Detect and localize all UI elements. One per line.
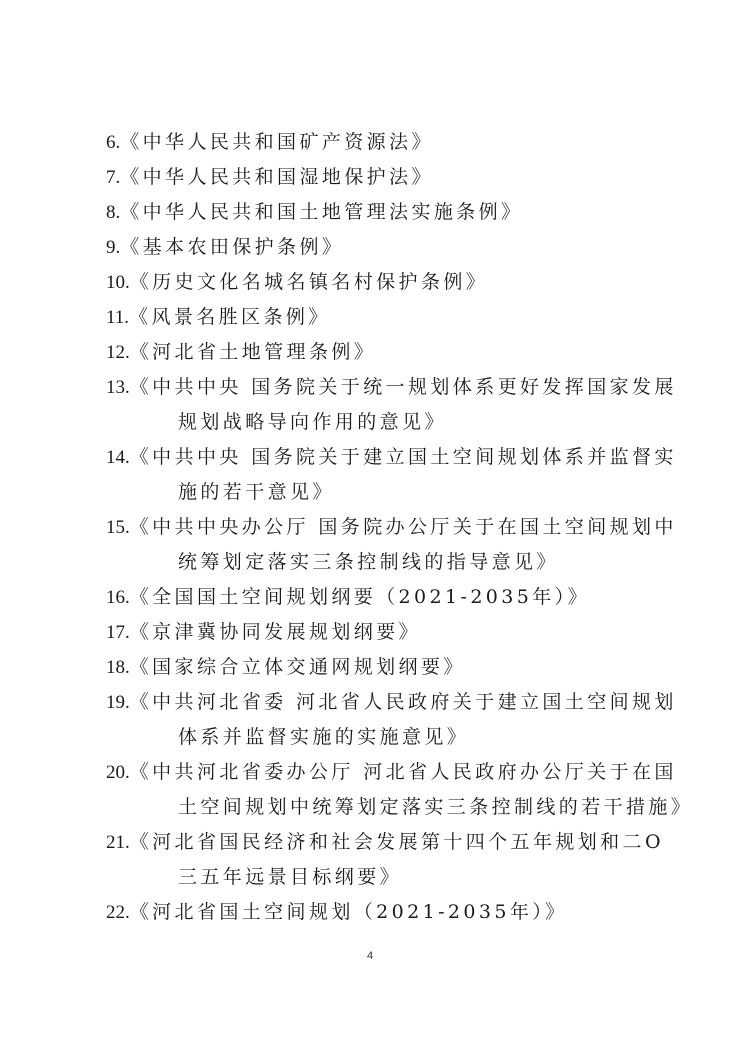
item-number: 14. <box>106 447 130 468</box>
item-text-continuation: 三五年远景目标纲要》 <box>106 860 651 895</box>
item-number: 13. <box>106 377 130 398</box>
list-item: 9.《基本农田保护条例》 <box>106 230 651 265</box>
list-item: 16.《全国国土空间规划纲要（2021-2035年）》 <box>106 580 651 615</box>
list-item: 12.《河北省土地管理条例》 <box>106 335 651 370</box>
item-text: 《中华人民共和国矿产资源法》 <box>120 131 434 153</box>
item-text-continuation: 施的若干意见》 <box>106 475 651 510</box>
item-number: 20. <box>106 762 130 783</box>
list-item: 20.《中共河北省委办公厅 河北省人民政府办公厅关于在国 土空间规划中统筹划定落… <box>106 755 651 825</box>
item-text: 《中共中央办公厅 国务院办公厅关于在国土空间规划中 <box>130 516 677 538</box>
item-number: 8. <box>106 202 120 223</box>
list-item: 10.《历史文化名城名镇名村保护条例》 <box>106 265 651 300</box>
item-text-continuation: 规划战略导向作用的意见》 <box>106 405 651 440</box>
list-item: 18.《国家综合立体交通网规划纲要》 <box>106 650 651 685</box>
reference-list: 6.《中华人民共和国矿产资源法》 7.《中华人民共和国湿地保护法》 8.《中华人… <box>106 125 651 930</box>
list-item: 8.《中华人民共和国土地管理法实施条例》 <box>106 195 651 230</box>
item-text: 《风景名胜区条例》 <box>129 306 331 328</box>
list-item: 6.《中华人民共和国矿产资源法》 <box>106 125 651 160</box>
item-number: 21. <box>106 832 130 853</box>
item-text-continuation: 统筹划定落实三条控制线的指导意见》 <box>106 545 651 580</box>
list-item: 14.《中共中央 国务院关于建立国土空间规划体系并监督实 施的若干意见》 <box>106 440 651 510</box>
item-number: 15. <box>106 517 130 538</box>
list-item: 11.《风景名胜区条例》 <box>106 300 651 335</box>
page-number: 4 <box>0 950 740 962</box>
item-text: 《中共河北省委 河北省人民政府关于建立国土空间规划 <box>130 691 677 713</box>
list-item: 17.《京津冀协同发展规划纲要》 <box>106 615 651 650</box>
item-number: 19. <box>106 692 130 713</box>
item-text: 《全国国土空间规划纲要（2021-2035年）》 <box>130 586 590 608</box>
item-number: 22. <box>106 902 130 923</box>
item-text: 《基本农田保护条例》 <box>120 236 344 258</box>
document-page: 6.《中华人民共和国矿产资源法》 7.《中华人民共和国湿地保护法》 8.《中华人… <box>0 0 740 1047</box>
item-text: 《中华人民共和国湿地保护法》 <box>120 166 434 188</box>
item-text: 《历史文化名城名镇名村保护条例》 <box>130 271 488 293</box>
item-number: 12. <box>106 342 130 363</box>
item-text: 《中华人民共和国土地管理法实施条例》 <box>120 201 523 223</box>
item-text: 《京津冀协同发展规划纲要》 <box>130 621 421 643</box>
list-item: 13.《中共中央 国务院关于统一规划体系更好发挥国家发展 规划战略导向作用的意见… <box>106 370 651 440</box>
item-text-continuation: 土空间规划中统筹划定落实三条控制线的若干措施》 <box>106 790 651 825</box>
item-number: 11. <box>106 307 129 328</box>
list-item: 21.《河北省国民经济和社会发展第十四个五年规划和二O 三五年远景目标纲要》 <box>106 825 651 895</box>
item-text-continuation: 体系并监督实施的实施意见》 <box>106 720 651 755</box>
item-number: 17. <box>106 622 130 643</box>
list-item: 22.《河北省国土空间规划（2021-2035年）》 <box>106 895 651 930</box>
item-number: 6. <box>106 132 120 153</box>
item-text: 《河北省土地管理条例》 <box>130 341 376 363</box>
list-item: 19.《中共河北省委 河北省人民政府关于建立国土空间规划 体系并监督实施的实施意… <box>106 685 651 755</box>
item-text: 《河北省国民经济和社会发展第十四个五年规划和二O <box>130 831 664 853</box>
list-item: 7.《中华人民共和国湿地保护法》 <box>106 160 651 195</box>
item-text: 《中共中央 国务院关于建立国土空间规划体系并监督实 <box>130 446 677 468</box>
item-text: 《河北省国土空间规划（2021-2035年）》 <box>130 901 568 923</box>
list-item: 15.《中共中央办公厅 国务院办公厅关于在国土空间规划中 统筹划定落实三条控制线… <box>106 510 651 580</box>
item-text: 《中共中央 国务院关于统一规划体系更好发挥国家发展 <box>130 376 677 398</box>
item-number: 18. <box>106 657 130 678</box>
item-text: 《国家综合立体交通网规划纲要》 <box>130 656 466 678</box>
item-text: 《中共河北省委办公厅 河北省人民政府办公厅关于在国 <box>130 761 677 783</box>
item-number: 16. <box>106 587 130 608</box>
item-number: 10. <box>106 272 130 293</box>
item-number: 7. <box>106 167 120 188</box>
item-number: 9. <box>106 237 120 258</box>
